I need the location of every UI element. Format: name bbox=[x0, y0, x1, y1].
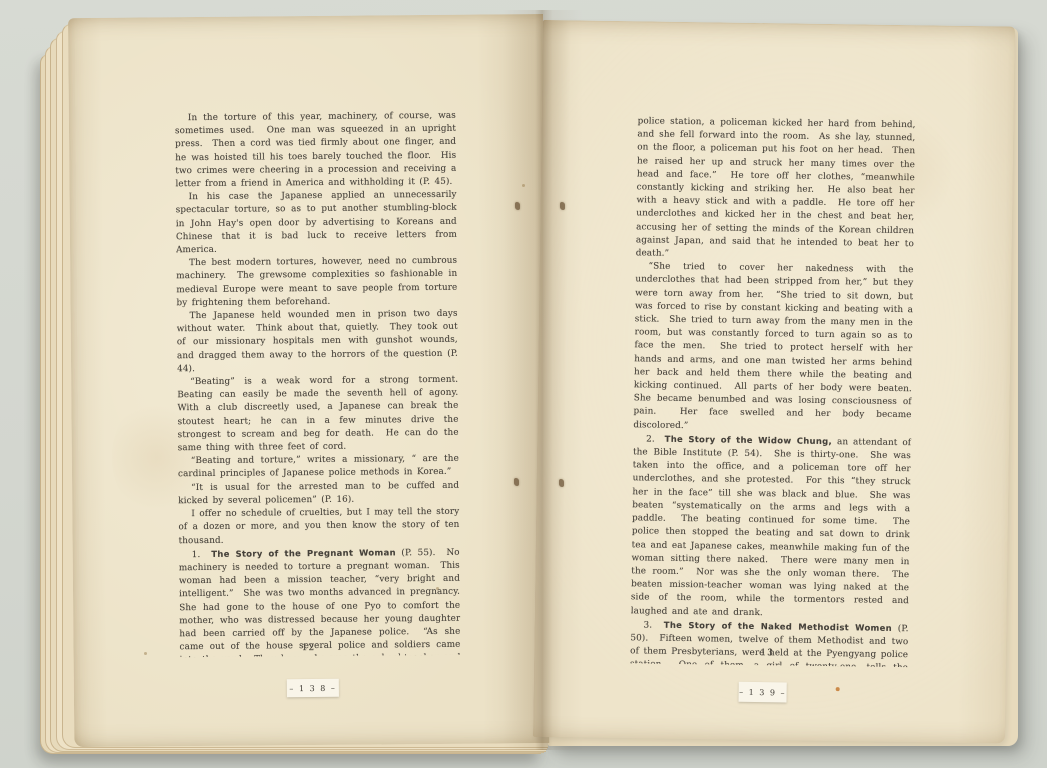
paragraph: police station, a policeman kicked her h… bbox=[636, 115, 916, 264]
text-run: In his case the Japanese applied an unne… bbox=[176, 190, 461, 255]
text-run: police station, a policeman kicked her h… bbox=[636, 116, 916, 258]
paragraph: I offer no schedule of cruelties, but I … bbox=[178, 506, 459, 548]
text-run: The best modern tortures, however, need … bbox=[176, 256, 460, 308]
story-heading: The Story of the Pregnant Woman bbox=[211, 547, 396, 559]
story-heading: The Story of the Naked Methodist Women bbox=[664, 619, 892, 632]
text-run: (P. 55). No machinery is needed to tortu… bbox=[179, 547, 461, 657]
story-heading: The Story of the Widow Chung, bbox=[665, 434, 833, 446]
page-number: 12 bbox=[278, 643, 338, 654]
text-run: an attendant of the Bible Institute (P. … bbox=[631, 437, 916, 618]
text-run: “It is usual for the arrested man to be … bbox=[178, 480, 460, 506]
catalog-number-slip: – 1 3 8 – bbox=[287, 679, 339, 697]
scanned-book-photo: In the torture of this year, machinery, … bbox=[0, 0, 1047, 768]
paragraph: 2. The Story of the Widow Chung, an atte… bbox=[631, 432, 912, 622]
book-page-left: In the torture of this year, machinery, … bbox=[68, 14, 549, 747]
page-number: 13 bbox=[737, 648, 797, 659]
ink-speck bbox=[836, 687, 840, 691]
text-run: I offer no schedule of cruelties, but I … bbox=[178, 507, 460, 546]
text-run: In the torture of this year, machinery, … bbox=[175, 111, 461, 190]
paragraph: “Beating” is a weak word for a strong to… bbox=[177, 374, 459, 456]
paragraph: “It is usual for the arrested man to be … bbox=[178, 479, 459, 508]
book-page-right: police station, a policeman kicked her h… bbox=[533, 20, 1015, 744]
text-run: 1. bbox=[192, 550, 212, 560]
paragraph: The Japanese held wounded men in prison … bbox=[177, 308, 459, 376]
paragraph: The best modern tortures, however, need … bbox=[176, 255, 457, 310]
paragraph: In his case the Japanese applied an unne… bbox=[176, 189, 458, 257]
text-run: “Beating and torture,” writes a missiona… bbox=[178, 454, 461, 480]
page-text-column: police station, a policeman kicked her h… bbox=[630, 115, 916, 667]
page-text-column: In the torture of this year, machinery, … bbox=[175, 110, 461, 657]
text-run: 3. bbox=[643, 620, 663, 630]
paragraph: 3. The Story of the Naked Methodist Wome… bbox=[630, 618, 909, 667]
paragraph: In the torture of this year, machinery, … bbox=[175, 110, 457, 192]
paragraph: “She tried to cover her nakedness with t… bbox=[633, 261, 913, 437]
paragraph: 1. The Story of the Pregnant Woman (P. 5… bbox=[179, 545, 461, 657]
catalog-number-slip: – 1 3 9 – bbox=[738, 682, 786, 703]
paragraph: “Beating and torture,” writes a missiona… bbox=[178, 453, 459, 482]
text-run: The Japanese held wounded men in prison … bbox=[177, 309, 461, 374]
text-run: 2. bbox=[646, 434, 665, 444]
catalog-number: – 1 3 8 – bbox=[289, 683, 336, 692]
text-run: “She tried to cover her nakedness with t… bbox=[633, 262, 915, 431]
text-run: “Beating” is a weak word for a strong to… bbox=[177, 375, 460, 454]
catalog-number: – 1 3 9 – bbox=[739, 687, 786, 697]
